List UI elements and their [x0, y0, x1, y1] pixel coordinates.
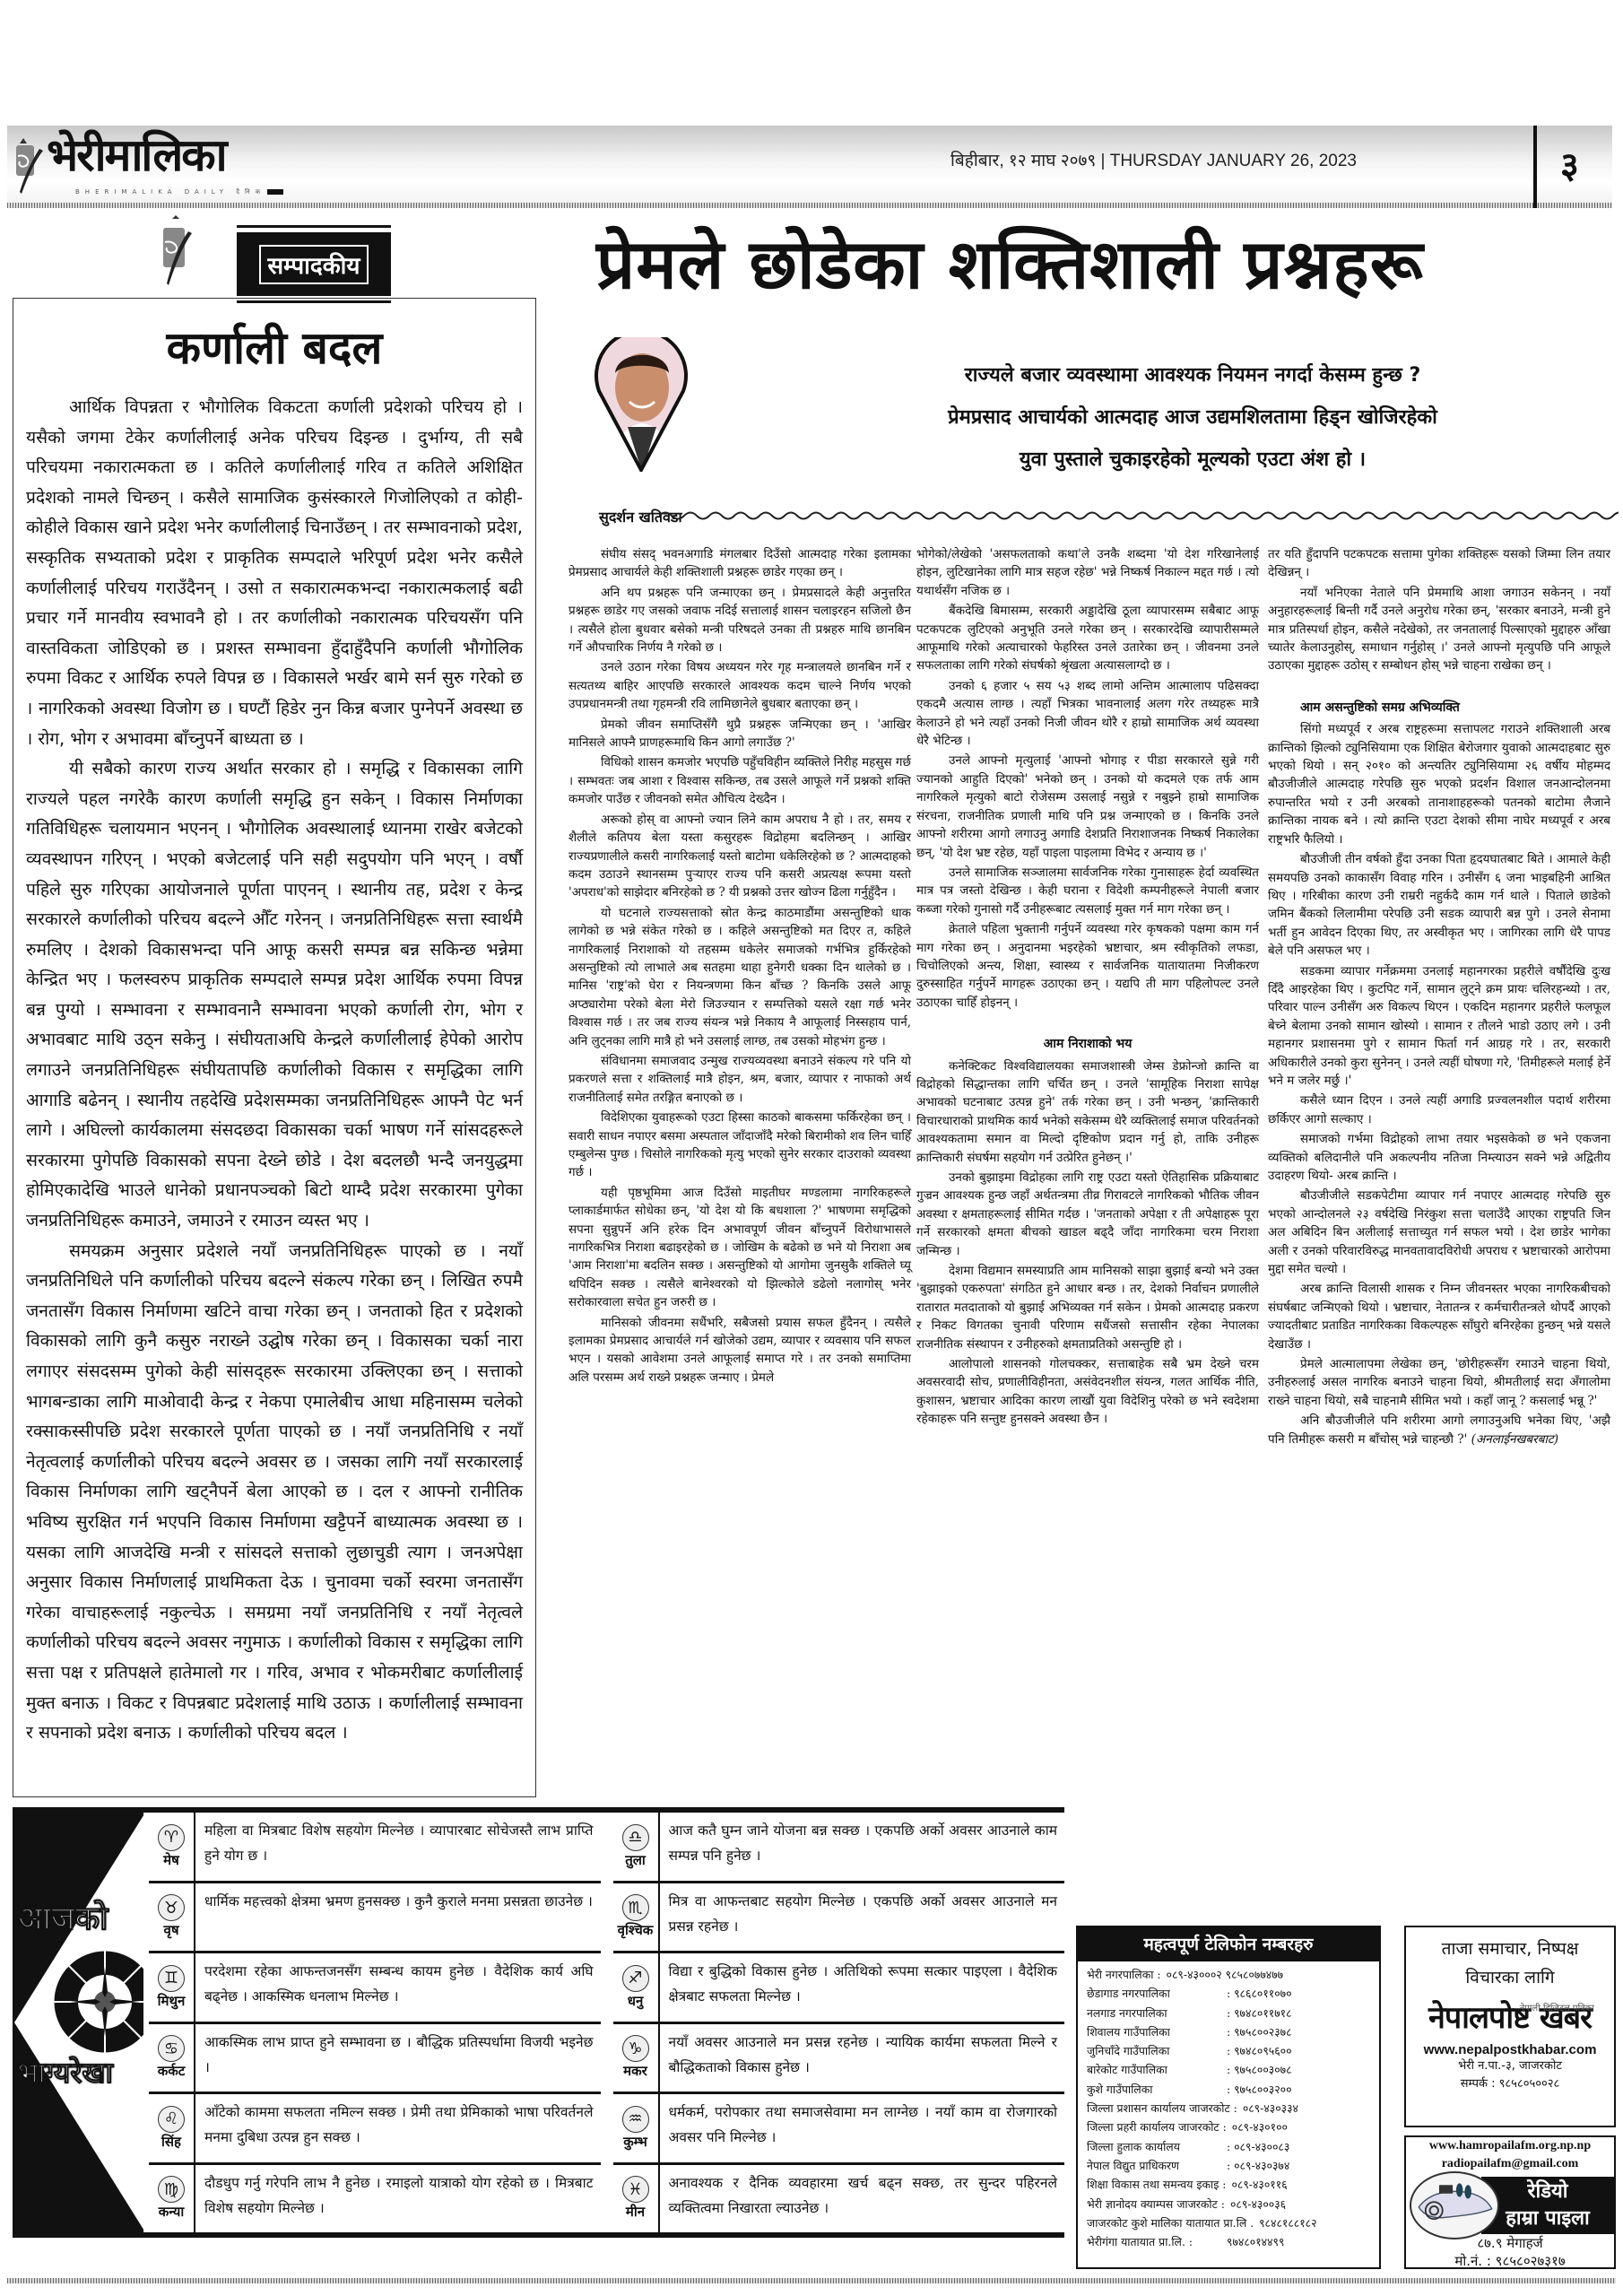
phone-row: जिल्ला हुलाक कार्यालय: ०८९-४३००८३: [1087, 2137, 1374, 2156]
article-paragraph: बौउजीजी तीन वर्षको हुँदा उनका पिता हृदयघ…: [1268, 850, 1610, 960]
phone-number[interactable]: : ०८९-४३००८३: [1227, 2137, 1289, 2156]
article-paragraph: क्रेताले पहिला भुक्तानी गर्नुपर्ने व्यवस…: [916, 920, 1259, 1012]
phone-label: भेरी नगरपालिका :: [1087, 1965, 1161, 1984]
sign-row-brish: ♉वृष धार्मिक महत्त्वको क्षेत्रमा भ्रमण ह…: [149, 1883, 601, 1954]
sign-label: ♌सिंह: [149, 2094, 195, 2162]
article-paragraph: अनि थप प्रश्नहरू पनि जन्माएका छन् । प्रे…: [568, 584, 911, 657]
sign-prediction: मित्र वा आफन्तबाट सहयोग मिल्नेछ । एकपछि …: [660, 1883, 1065, 1952]
article-paragraph: आलोपालो शासनको गोलचक्कर, सत्ताबाहेक सबै …: [916, 1355, 1259, 1429]
article-paragraph: उनले सामाजिक सञ्जालमा सार्वजनिक गरेका गु…: [916, 864, 1259, 918]
sign-label: ♏वृश्चिक: [613, 1883, 660, 1952]
editorial-title: कर्णाली बदल: [26, 317, 523, 379]
article-paragraph: प्रेमले आत्मालापमा लेखेका छन्, 'छोरीहरूस…: [1268, 1355, 1610, 1410]
sign-name: मेष: [163, 1851, 179, 1869]
sign-name: मीन: [626, 2203, 645, 2221]
article-paragraph: उनले उठान गरेका विषय अध्ययन गरेर गृह मन्…: [568, 658, 911, 713]
phone-label: कुशे गाउँपालिका: [1087, 2080, 1221, 2099]
phone-number[interactable]: : ९७४८०११७१८: [1227, 2004, 1292, 2022]
phone-row: नेपाल विद्युत प्राधिकरण: ०८९-४३०३७४: [1087, 2156, 1374, 2175]
libra-icon: ♎: [622, 1824, 649, 1851]
article-paragraph: कसैले ध्यान दिएन । उनले त्यहीं अगाडि प्र…: [1268, 1091, 1610, 1128]
article-paragraph: कनेक्टिकट विश्वविद्यालयका समाजशास्त्री ज…: [916, 1057, 1259, 1167]
phone-label: जिल्ला प्रहरी कार्यालय जाजरकोट :: [1087, 2118, 1227, 2136]
phone-directory-title: महत्वपूर्ण टेलिफोन नम्बरहरु: [1078, 1927, 1379, 1961]
cancer-icon: ♋: [158, 2035, 185, 2062]
phone-row: जिल्ला प्रहरी कार्यालय जाजरकोट :०८९-४३०१…: [1087, 2118, 1374, 2136]
phone-row: शिवालय गाउँपालिका: ९७५८००२३७८: [1087, 2022, 1374, 2041]
sign-row-kanya: ♍कन्या दौडधुप गर्नु गरेपनि लाभ नै हुनेछ …: [149, 2165, 601, 2233]
sign-prediction: आकस्मिक लाभ प्राप्त हुने सम्भावना छ । बौ…: [195, 2024, 601, 2092]
gemini-icon: ♊: [158, 1965, 185, 1992]
sign-label: ♍कन्या: [149, 2165, 195, 2233]
radio-name: रेडियो हाम्रा पाइला: [1481, 2177, 1614, 2234]
sign-label: ♉वृष: [149, 1883, 195, 1952]
phone-number[interactable]: ९८४८१८८१८२: [1259, 2213, 1316, 2232]
date-english: THURSDAY JANUARY 26, 2023: [1110, 152, 1357, 170]
article-paragraph: प्रेमको जीवन समाप्तिसँगै थुप्रै प्रश्नहर…: [568, 716, 911, 752]
sign-row-karkat: ♋कर्कट आकस्मिक लाभ प्राप्त हुने सम्भावना…: [149, 2024, 601, 2095]
phone-label: जुनिचाँदे गाउँपालिका: [1087, 2041, 1221, 2060]
article-paragraph-text: अनि बौउजीजीले पनि शरीरमा आगो लगाउनुअघि भ…: [1268, 1413, 1610, 1446]
sign-name: मिथुन: [158, 1992, 186, 2010]
logo-subtitle-text: BHERIMALIKA DAILY दैनिक: [75, 188, 265, 196]
sign-label: ♒कुम्भ: [613, 2094, 660, 2162]
sign-label: ♐धनु: [613, 1953, 660, 2022]
page-number-divider: [1533, 126, 1537, 208]
sign-name: वृष: [163, 1921, 178, 1939]
scorpio-icon: ♏: [622, 1894, 649, 1921]
horoscope-title-top: आजको: [18, 1895, 108, 1939]
logo-bar: [267, 189, 283, 195]
article-paragraph: अनि बौउजीजीले पनि शरीरमा आगो लगाउनुअघि भ…: [1268, 1412, 1610, 1448]
date-separator: |: [1101, 152, 1110, 170]
phone-row: भेरीगंगा यातायात प्रा.लि. :९७४८०१४४९९: [1087, 2232, 1374, 2251]
article-paragraph: मानिसको जीवनमा सधैंभरि, सबैजसो प्रयास सफ…: [568, 1314, 911, 1387]
phone-row: नलगाड नगरपालिका: ९७४८०११७१८: [1087, 2004, 1374, 2022]
phone-label: भेरीगंगा यातायात प्रा.लि. :: [1087, 2232, 1221, 2251]
phone-number[interactable]: : ९७५८००२३७८: [1227, 2022, 1292, 2041]
radio-ad[interactable]: www.hamropailafm.org.np.np radiopailafm@…: [1404, 2135, 1616, 2269]
sign-row-dhanu: ♐धनु विद्या र बुद्धिको विकास हुनेछ । अति…: [613, 1953, 1065, 2024]
article-paragraph: उनको बुझाइमा विद्रोहका लागि राष्ट्र एउटा…: [916, 1169, 1259, 1260]
article-paragraph: देशमा विद्यमान समस्याप्रति आम मानिसको सा…: [916, 1262, 1259, 1353]
phone-label: जिल्ला प्रशासन कार्यालय जाजरकोट :: [1087, 2099, 1237, 2118]
editorial-emblem-icon: [158, 215, 194, 287]
dateline: बिहीबार, १२ माघ २०७९ | THURSDAY JANUARY …: [950, 148, 1357, 171]
article-paragraph: समाजको गर्भमा विद्रोहको लाभा तयार भइसकेक…: [1268, 1130, 1610, 1185]
sign-row-tula: ♎तुला आज कतै घुम्न जाने योजना बन्न सक्छ …: [613, 1813, 1065, 1883]
sign-row-kumbha: ♒कुम्भ धर्मकर्म, परोपकार तथा समाजसेवामा …: [613, 2094, 1065, 2165]
radio-banner: रेडियो हाम्रा पाइला: [1406, 2177, 1614, 2234]
phone-row: जाजरकोट कुशे मालिका यातायात प्रा.लि .९८४…: [1087, 2213, 1374, 2232]
phone-row: भेरी नगरपालिका :०८९-४३०००२ ९८५८०७७४७७: [1087, 1965, 1374, 1984]
logo-wordmark: भेरीमालिका: [47, 129, 226, 181]
article-paragraph: संघीय संसद् भवनअगाडि मंगलबार दिउँसो आत्म…: [568, 545, 911, 582]
sign-name: मकर: [623, 2062, 647, 2080]
zodiac-wheel-icon: [50, 1947, 143, 2057]
article-paragraph: यही पृष्ठभूमिमा आज दिउँसो माइतीघर मण्डला…: [568, 1184, 911, 1312]
phone-row: छेडागाड नगरपालिका: ९८६८०११०७०: [1087, 1984, 1374, 2003]
masthead-divider: [7, 203, 1612, 208]
radio-mobile: मो.नं. : ९८५८०२७३१७: [1406, 2252, 1614, 2270]
phone-row: जुनिचाँदे गाउँपालिका: ९७४८०९५६००: [1087, 2041, 1374, 2060]
bottom-divider: [7, 2278, 1616, 2283]
phone-number[interactable]: : ९७४८०९५६००: [1227, 2041, 1292, 2060]
sign-row-brischik: ♏वृश्चिक मित्र वा आफन्तबाट सहयोग मिल्नेछ…: [613, 1883, 1065, 1954]
article-paragraph: विदेशिएका युवाहरूको एउटा हिस्सा काठको बा…: [568, 1109, 911, 1182]
sign-prediction: नयाँ अवसर आउनाले मन प्रसन्न रहनेछ । न्या…: [660, 2024, 1065, 2092]
phone-label: छेडागाड नगरपालिका: [1087, 1984, 1221, 2003]
horoscope-title-panel: आजको भाग्यरेखा: [13, 1813, 143, 2232]
sign-name: कुम्भ: [623, 2133, 647, 2151]
deck-line: राज्यले बजार व्यवस्थामा आवश्यक नियमन नगर…: [789, 354, 1596, 396]
sign-prediction: आज कतै घुम्न जाने योजना बन्न सक्छ । एकपछ…: [660, 1813, 1065, 1881]
leo-icon: ♌: [158, 2106, 185, 2133]
sign-prediction: दौडधुप गर्नु गरेपनि लाभ नै हुनेछ । रमाइल…: [195, 2165, 601, 2233]
horoscope-column-left: ♈मेष महिला वा मित्रबाट विशेष सहयोग मिल्न…: [149, 1813, 601, 2232]
sign-label: ♊मिथुन: [149, 1953, 195, 2022]
aries-icon: ♈: [158, 1824, 185, 1851]
phone-label: शिक्षा विकास तथा समन्वय इकाइ :: [1087, 2175, 1226, 2194]
phone-label: शिवालय गाउँपालिका: [1087, 2022, 1221, 2041]
taurus-icon: ♉: [158, 1894, 185, 1921]
nepalpost-ad[interactable]: ताजा समाचार, निष्पक्ष विचारका लागि नेपाल…: [1404, 1926, 1616, 2127]
page-number: ३: [1560, 139, 1579, 188]
newspaper-logo[interactable]: भेरीमालिका BHERIMALIKA DAILY दैनिक: [13, 129, 226, 196]
article-paragraph: बैंकदेखि बिमासम्म, सरकारी अड्डादेखि ठूला…: [916, 602, 1259, 675]
phone-number[interactable]: ०८९-४३०१००: [1232, 2118, 1288, 2136]
ad-tagline: नेपाली डिजिटल पत्रिका: [1520, 2001, 1594, 2013]
virgo-icon: ♍: [158, 2176, 185, 2203]
horoscope-section: आजको भाग्यरेखा ♈मेष महिला वा मित्रबाट वि…: [13, 1807, 1064, 2238]
ad-url-link[interactable]: www.nepalpostkhabar.com: [1406, 2042, 1614, 2057]
ad-contact: सम्पर्क : ९८५८०५००२८: [1406, 2075, 1614, 2093]
sign-label: ♑मकर: [613, 2024, 660, 2092]
radio-name-line-1: रेडियो: [1481, 2179, 1614, 2205]
article-paragraph: सिंगो मध्यपूर्व र अरब राष्ट्रहरूमा सत्ता…: [1268, 720, 1610, 848]
horoscope-column-right: ♎तुला आज कतै घुम्न जाने योजना बन्न सक्छ …: [613, 1813, 1065, 2232]
sign-label: ♓मीन: [613, 2165, 660, 2233]
phone-number[interactable]: : ९८६८०११०७०: [1227, 1984, 1292, 2003]
phone-label: जिल्ला हुलाक कार्यालय: [1087, 2137, 1221, 2156]
phone-label: नलगाड नगरपालिका: [1087, 2004, 1221, 2022]
phone-number[interactable]: ०८९-४३०००२ ९८५८०७७४७७: [1167, 1965, 1284, 1984]
phone-directory: महत्वपूर्ण टेलिफोन नम्बरहरु भेरी नगरपालि…: [1076, 1926, 1381, 2269]
sign-label: ♈मेष: [149, 1813, 195, 1881]
editorial-paragraph: आर्थिक विपन्नता र भौगोलिक विकटता कर्णाली…: [26, 392, 523, 753]
article-column-2: भोगेको/लेखेको 'असफलताको कथा'ले उनकै शब्द…: [916, 545, 1259, 1431]
article-paragraph: उनको ६ हजार ५ सय ५३ शब्द लामो अन्तिम आत्…: [916, 677, 1259, 751]
sign-row-mesh: ♈मेष महिला वा मित्रबाट विशेष सहयोग मिल्न…: [149, 1813, 601, 1883]
article-paragraph: तर यति हुँदापनि पटकपटक सत्तामा पुगेका शक…: [1268, 545, 1610, 582]
horoscope-grid: ♈मेष महिला वा मित्रबाट विशेष सहयोग मिल्न…: [149, 1813, 1064, 2232]
sign-name: वृश्चिक: [618, 1921, 654, 1939]
article-source: (अनलाईनखबरबाट): [1471, 1432, 1558, 1447]
phone-row: कुशे गाउँपालिका: ९७५८००३२००: [1087, 2080, 1374, 2099]
capricorn-icon: ♑: [622, 2035, 649, 2062]
phone-label: नेपाल विद्युत प्राधिकरण: [1087, 2156, 1221, 2175]
article-paragraph: अरब क्रान्ति विलासी शासक र निम्न जीवनस्त…: [1268, 1280, 1610, 1353]
radio-logo-map-icon: [1410, 2171, 1499, 2239]
phone-list: भेरी नगरपालिका :०८९-४३०००२ ९८५८०७७४७७ छे…: [1078, 1961, 1379, 2251]
article-column-1: संघीय संसद् भवनअगाडि मंगलबार दिउँसो आत्म…: [568, 545, 911, 1388]
logo-subtitle: BHERIMALIKA DAILY दैनिक: [75, 188, 283, 196]
phone-number[interactable]: ९७४८०१४४९९: [1227, 2232, 1284, 2251]
editorial-box: कर्णाली बदल आर्थिक विपन्नता र भौगोलिक वि…: [13, 298, 536, 1797]
article-paragraph: नयाँ भनिएका नेताले पनि प्रेममाथि आशा जगा…: [1268, 584, 1610, 675]
sign-row-singha: ♌सिंह आँटेको काममा सफलता नमिल्न सक्छ । प…: [149, 2094, 601, 2165]
sign-prediction: महिला वा मित्रबाट विशेष सहयोग मिल्नेछ । …: [195, 1813, 601, 1881]
sign-row-meen: ♓मीन अनावश्यक र दैनिक व्यवहारमा खर्च बढ्…: [613, 2165, 1065, 2233]
aquarius-icon: ♒: [622, 2106, 649, 2133]
sign-prediction: परदेशमा रहेका आफन्तजनसँग सम्बन्ध कायम हु…: [195, 1953, 601, 2022]
sagittarius-icon: ♐: [622, 1965, 649, 1992]
article-paragraph: विधिको शासन कमजोर भएपछि पहुँचविहीन व्यक्…: [568, 753, 911, 808]
phone-number[interactable]: ०८९-४३००३६: [1230, 2195, 1286, 2213]
sign-row-makar: ♑मकर नयाँ अवसर आउनाले मन प्रसन्न रहनेछ ।…: [613, 2024, 1065, 2095]
article-subheading: आम असन्तुष्टिको समग्र अभिव्यक्ति: [1268, 699, 1610, 717]
sign-row-mithun: ♊मिथुन परदेशमा रहेका आफन्तजनसँग सम्बन्ध …: [149, 1953, 601, 2024]
author-photo: [592, 337, 690, 472]
sign-label: ♎तुला: [613, 1813, 660, 1881]
phone-number[interactable]: ०८९-४३०११६: [1231, 2175, 1287, 2194]
article-paragraph: बौउजीजीले सडकपेटीमा व्यापार गर्न नपाएर आ…: [1268, 1187, 1610, 1278]
logo-emblem-icon: [13, 138, 45, 196]
sign-prediction: आँटेको काममा सफलता नमिल्न सक्छ । प्रेमी …: [195, 2094, 601, 2162]
article-paragraph: सडकमा व्यापार गर्नेक्रममा उनलाई महानगरका…: [1268, 962, 1610, 1091]
phone-number[interactable]: : ०८९-४३०३७४: [1227, 2156, 1289, 2175]
article-paragraph: संविधानमा समाजवाद उन्मुख राज्यव्यवस्था ब…: [568, 1052, 911, 1107]
ad-line-2: विचारका लागि: [1406, 1963, 1614, 1992]
pisces-icon: ♓: [622, 2176, 649, 2203]
sign-name: कन्या: [159, 2203, 185, 2221]
editorial-paragraph: समयक्रम अनुसार प्रदेशले नयाँ जनप्रतिनिधि…: [26, 1236, 523, 1748]
phone-row: शिक्षा विकास तथा समन्वय इकाइ :०८९-४३०११६: [1087, 2175, 1374, 2194]
sign-prediction: धर्मकर्म, परोपकार तथा समाजसेवामा मन लाग्…: [660, 2094, 1065, 2162]
editorial-body: आर्थिक विपन्नता र भौगोलिक विकटता कर्णाली…: [26, 392, 523, 1748]
editorial-badge: सम्पादकीय: [237, 230, 391, 296]
sign-name: तुला: [625, 1851, 646, 1869]
phone-label: भेरी ज्ञानोदय क्याम्पस जाजरकोट :: [1087, 2195, 1225, 2213]
ad-address: भेरी न.पा.-३, जाजरकोट: [1406, 2057, 1614, 2075]
ad-line-1: ताजा समाचार, निष्पक्ष: [1406, 1935, 1614, 1963]
phone-label: जाजरकोट कुशे मालिका यातायात प्रा.लि .: [1087, 2213, 1254, 2232]
article-subheading: आम निराशाको भय: [916, 1035, 1259, 1053]
editorial-paragraph: यी सबैको कारण राज्य अर्थात सरकार हो । सम…: [26, 753, 523, 1236]
deck-line: प्रेमप्रसाद आचार्यको आत्मदाह आज उद्यमशिल…: [789, 396, 1596, 439]
phone-label: बारेकोट गाउँपालिका: [1087, 2060, 1221, 2079]
sign-label: ♋कर्कट: [149, 2024, 195, 2092]
date-nepali: बिहीबार, १२ माघ २०७९: [950, 152, 1096, 170]
wavy-divider: [659, 509, 1619, 522]
article-paragraph: यो घटनाले राज्यसत्ताको स्रोत केन्द्र काठ…: [568, 904, 911, 1050]
article-paragraph: उनले आफ्नो मृत्युलाई 'आफ्नो भोगाइ र पीडा…: [916, 752, 1259, 861]
sign-name: सिंह: [161, 2133, 181, 2151]
radio-url-link[interactable]: www.hamropailafm.org.np.np: [1406, 2137, 1614, 2155]
sign-name: कर्कट: [158, 2062, 186, 2080]
radio-name-line-2: हाम्रा पाइला: [1481, 2205, 1614, 2232]
phone-number[interactable]: : ९७५८००३०७८: [1227, 2060, 1292, 2079]
article-deck: राज्यले बजार व्यवस्थामा आवश्यक नियमन नगर…: [789, 354, 1596, 481]
phone-row: भेरी ज्ञानोदय क्याम्पस जाजरकोट :०८९-४३००…: [1087, 2195, 1374, 2213]
editorial-badge-label: सम्पादकीय: [259, 245, 369, 284]
phone-number[interactable]: ०८९-४३०३३४: [1243, 2099, 1298, 2118]
phone-number[interactable]: : ९७५८००३२००: [1227, 2080, 1292, 2099]
horoscope-title-bottom: भाग्यरेखा: [18, 2053, 113, 2092]
phone-row: जिल्ला प्रशासन कार्यालय जाजरकोट :०८९-४३०…: [1087, 2099, 1374, 2118]
sign-prediction: धार्मिक महत्त्वको क्षेत्रमा भ्रमण हुनसक्…: [195, 1883, 601, 1952]
phone-row: बारेकोट गाउँपालिका: ९७५८००३०७८: [1087, 2060, 1374, 2079]
radio-email-link[interactable]: radiopailafm@gmail.com: [1406, 2155, 1614, 2173]
article-headline[interactable]: प्रेमले छोडेका शक्तिशाली प्रश्नहरू: [596, 220, 1619, 309]
article-column-3: तर यति हुँदापनि पटकपटक सत्तामा पुगेका शक…: [1268, 545, 1610, 1450]
sign-prediction: विद्या र बुद्धिको विकास हुनेछ । अतिथिको …: [660, 1953, 1065, 2022]
article-paragraph: भोगेको/लेखेको 'असफलताको कथा'ले उनकै शब्द…: [916, 545, 1259, 600]
article-paragraph: अरूको होस् वा आफ्नो ज्यान लिने काम अपराध…: [568, 811, 911, 902]
sign-name: धनु: [628, 1992, 644, 2010]
sign-prediction: अनावश्यक र दैनिक व्यवहारमा खर्च बढ्न सक्…: [660, 2165, 1065, 2233]
deck-line: युवा पुस्ताले चुकाइरहेको मूल्यको एउटा अं…: [789, 439, 1596, 481]
